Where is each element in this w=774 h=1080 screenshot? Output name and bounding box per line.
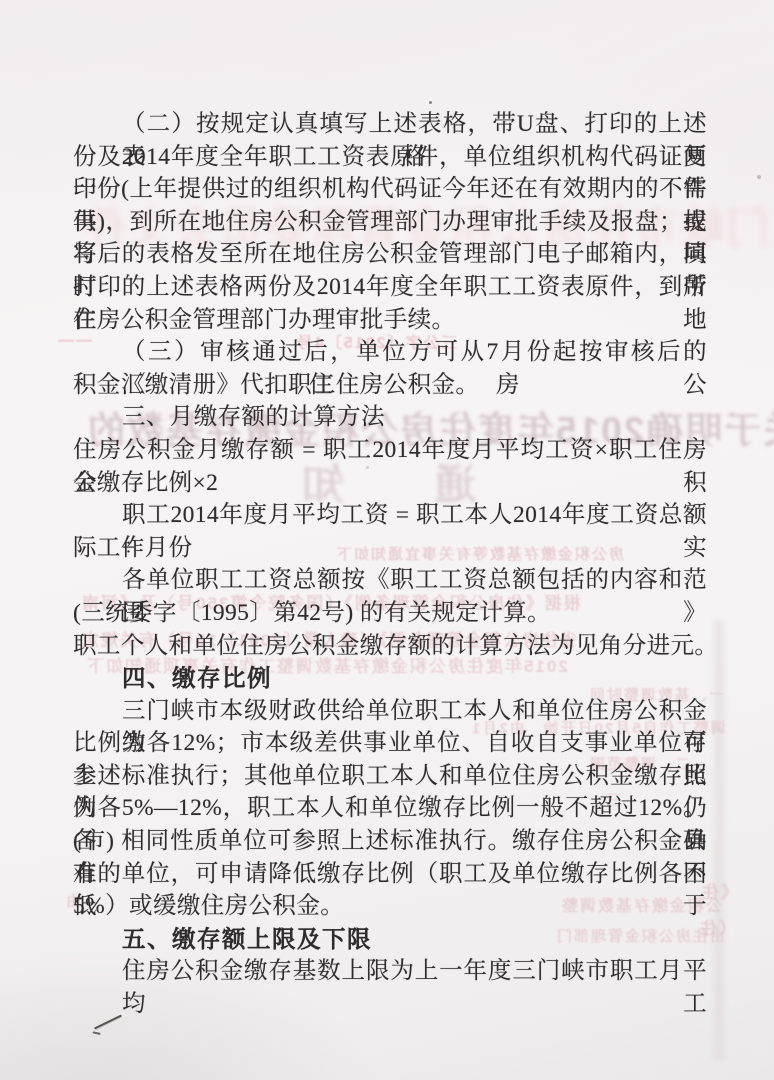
text-line: 住房公积金缴存基数上限为上一年度三门峡市职工月平均工: [73, 955, 707, 988]
dust-speck: [757, 175, 761, 179]
text-line: 三、月缴存额的计算方法: [73, 401, 707, 434]
text-line: 比例为各12%；市本级差供事业单位、自收自支事业单位可参照: [73, 727, 707, 760]
scanned-document-page: 三门峡市住房公积金管理委员会文件——三公字〔2015〕4号关于明确2015年度住…: [0, 0, 774, 1080]
text-line: （二）按规定认真填写上述表格，带U盘、打印的上述表格两: [73, 108, 707, 141]
text-line: 一份(上年提供过的组织机构代码证今年还在有效期内的不需再提: [73, 173, 707, 206]
pen-mark: [94, 1015, 122, 1030]
text-line: 打印的上述表格两份及2014年度全年职工工资表原件，到所在地: [73, 271, 707, 304]
text-line: （三）审核通过后，单位方可从7月份起按审核后的《住房公: [73, 336, 707, 369]
section-heading: 五、缴存额上限及下限: [73, 923, 707, 956]
text-line: 三门峡市本级财政供给单位职工本人和单位住房公积金缴存: [73, 695, 707, 728]
text-line: 职工2014年度月平均工资 = 职工本人2014年度工资总额÷实: [73, 499, 707, 532]
text-line: 职工个人和单位住房公积金缴存额的计算方法为见角分进元。: [73, 630, 707, 663]
dust-speck: [429, 101, 432, 104]
text-line: (市) 相同性质单位可参照上述标准执行。缴存住房公积金确有困: [73, 825, 707, 858]
text-line: 写后的表格发至所在地住房公积金管理部门电子邮箱内，同时带: [73, 238, 707, 271]
text-line: 份及2014年度全年职工工资表原件，单位组织机构代码证复印件: [73, 141, 707, 174]
text-line: 上述标准执行；其他单位职工本人和单位住房公积金缴存比例仍: [73, 760, 707, 793]
text-line: 各单位职工工资总额按《职工工资总额包括的内容和范围》: [73, 564, 707, 597]
document-body: （二）按规定认真填写上述表格，带U盘、打印的上述表格两份及2014年度全年职工工…: [73, 108, 707, 988]
text-line: 住房公积金月缴存额 = 职工2014年度月平均工资×职工住房公积: [73, 434, 707, 467]
paper-crease: [712, 620, 726, 1060]
text-line: 为各5%—12%，职工本人和单位缴存比例一般不超过12%。各县: [73, 792, 707, 825]
text-line: 供)，到所在地住房公积金管理部门办理审批手续及报盘；或将填: [73, 206, 707, 239]
text-line: 难的单位，可申请降低缴存比例（职工及单位缴存比例各不低于: [73, 858, 707, 891]
section-heading: 四、缴存比例: [73, 662, 707, 695]
